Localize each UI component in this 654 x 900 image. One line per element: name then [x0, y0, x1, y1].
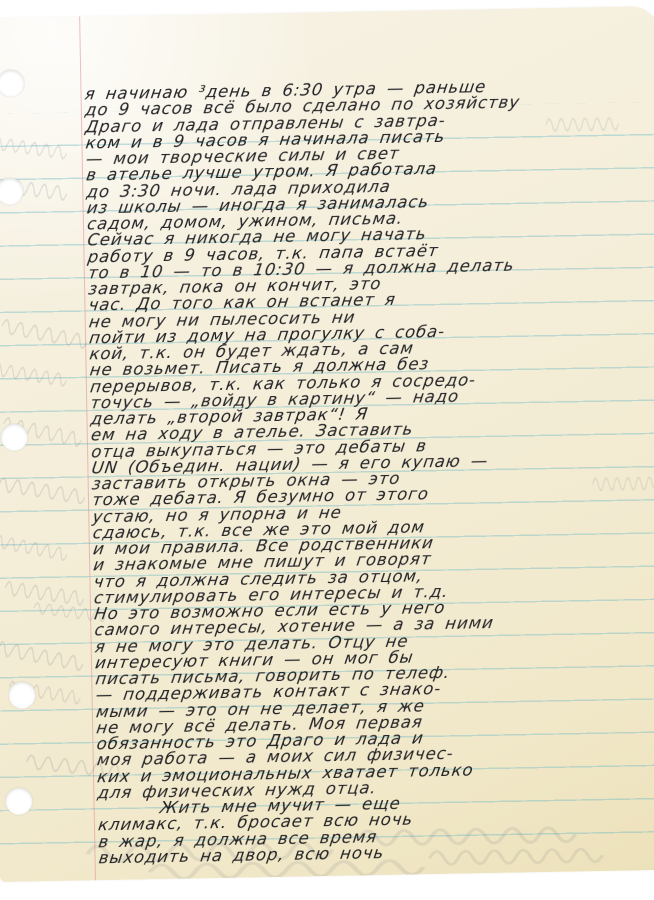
punch-hole [0, 70, 25, 97]
punch-hole [5, 788, 32, 815]
notebook-paper-sheet: я начинаю ³день в 6:30 утра — раньшедо 9… [0, 6, 654, 882]
handwriting-lines: я начинаю ³день в 6:30 утра — раньшедо 9… [83, 76, 654, 866]
punch-hole [8, 681, 35, 708]
punch-hole [1, 424, 28, 451]
scanned-page: { "page": { "kind_note": "handwritten le… [0, 0, 654, 900]
punch-hole [0, 178, 24, 205]
